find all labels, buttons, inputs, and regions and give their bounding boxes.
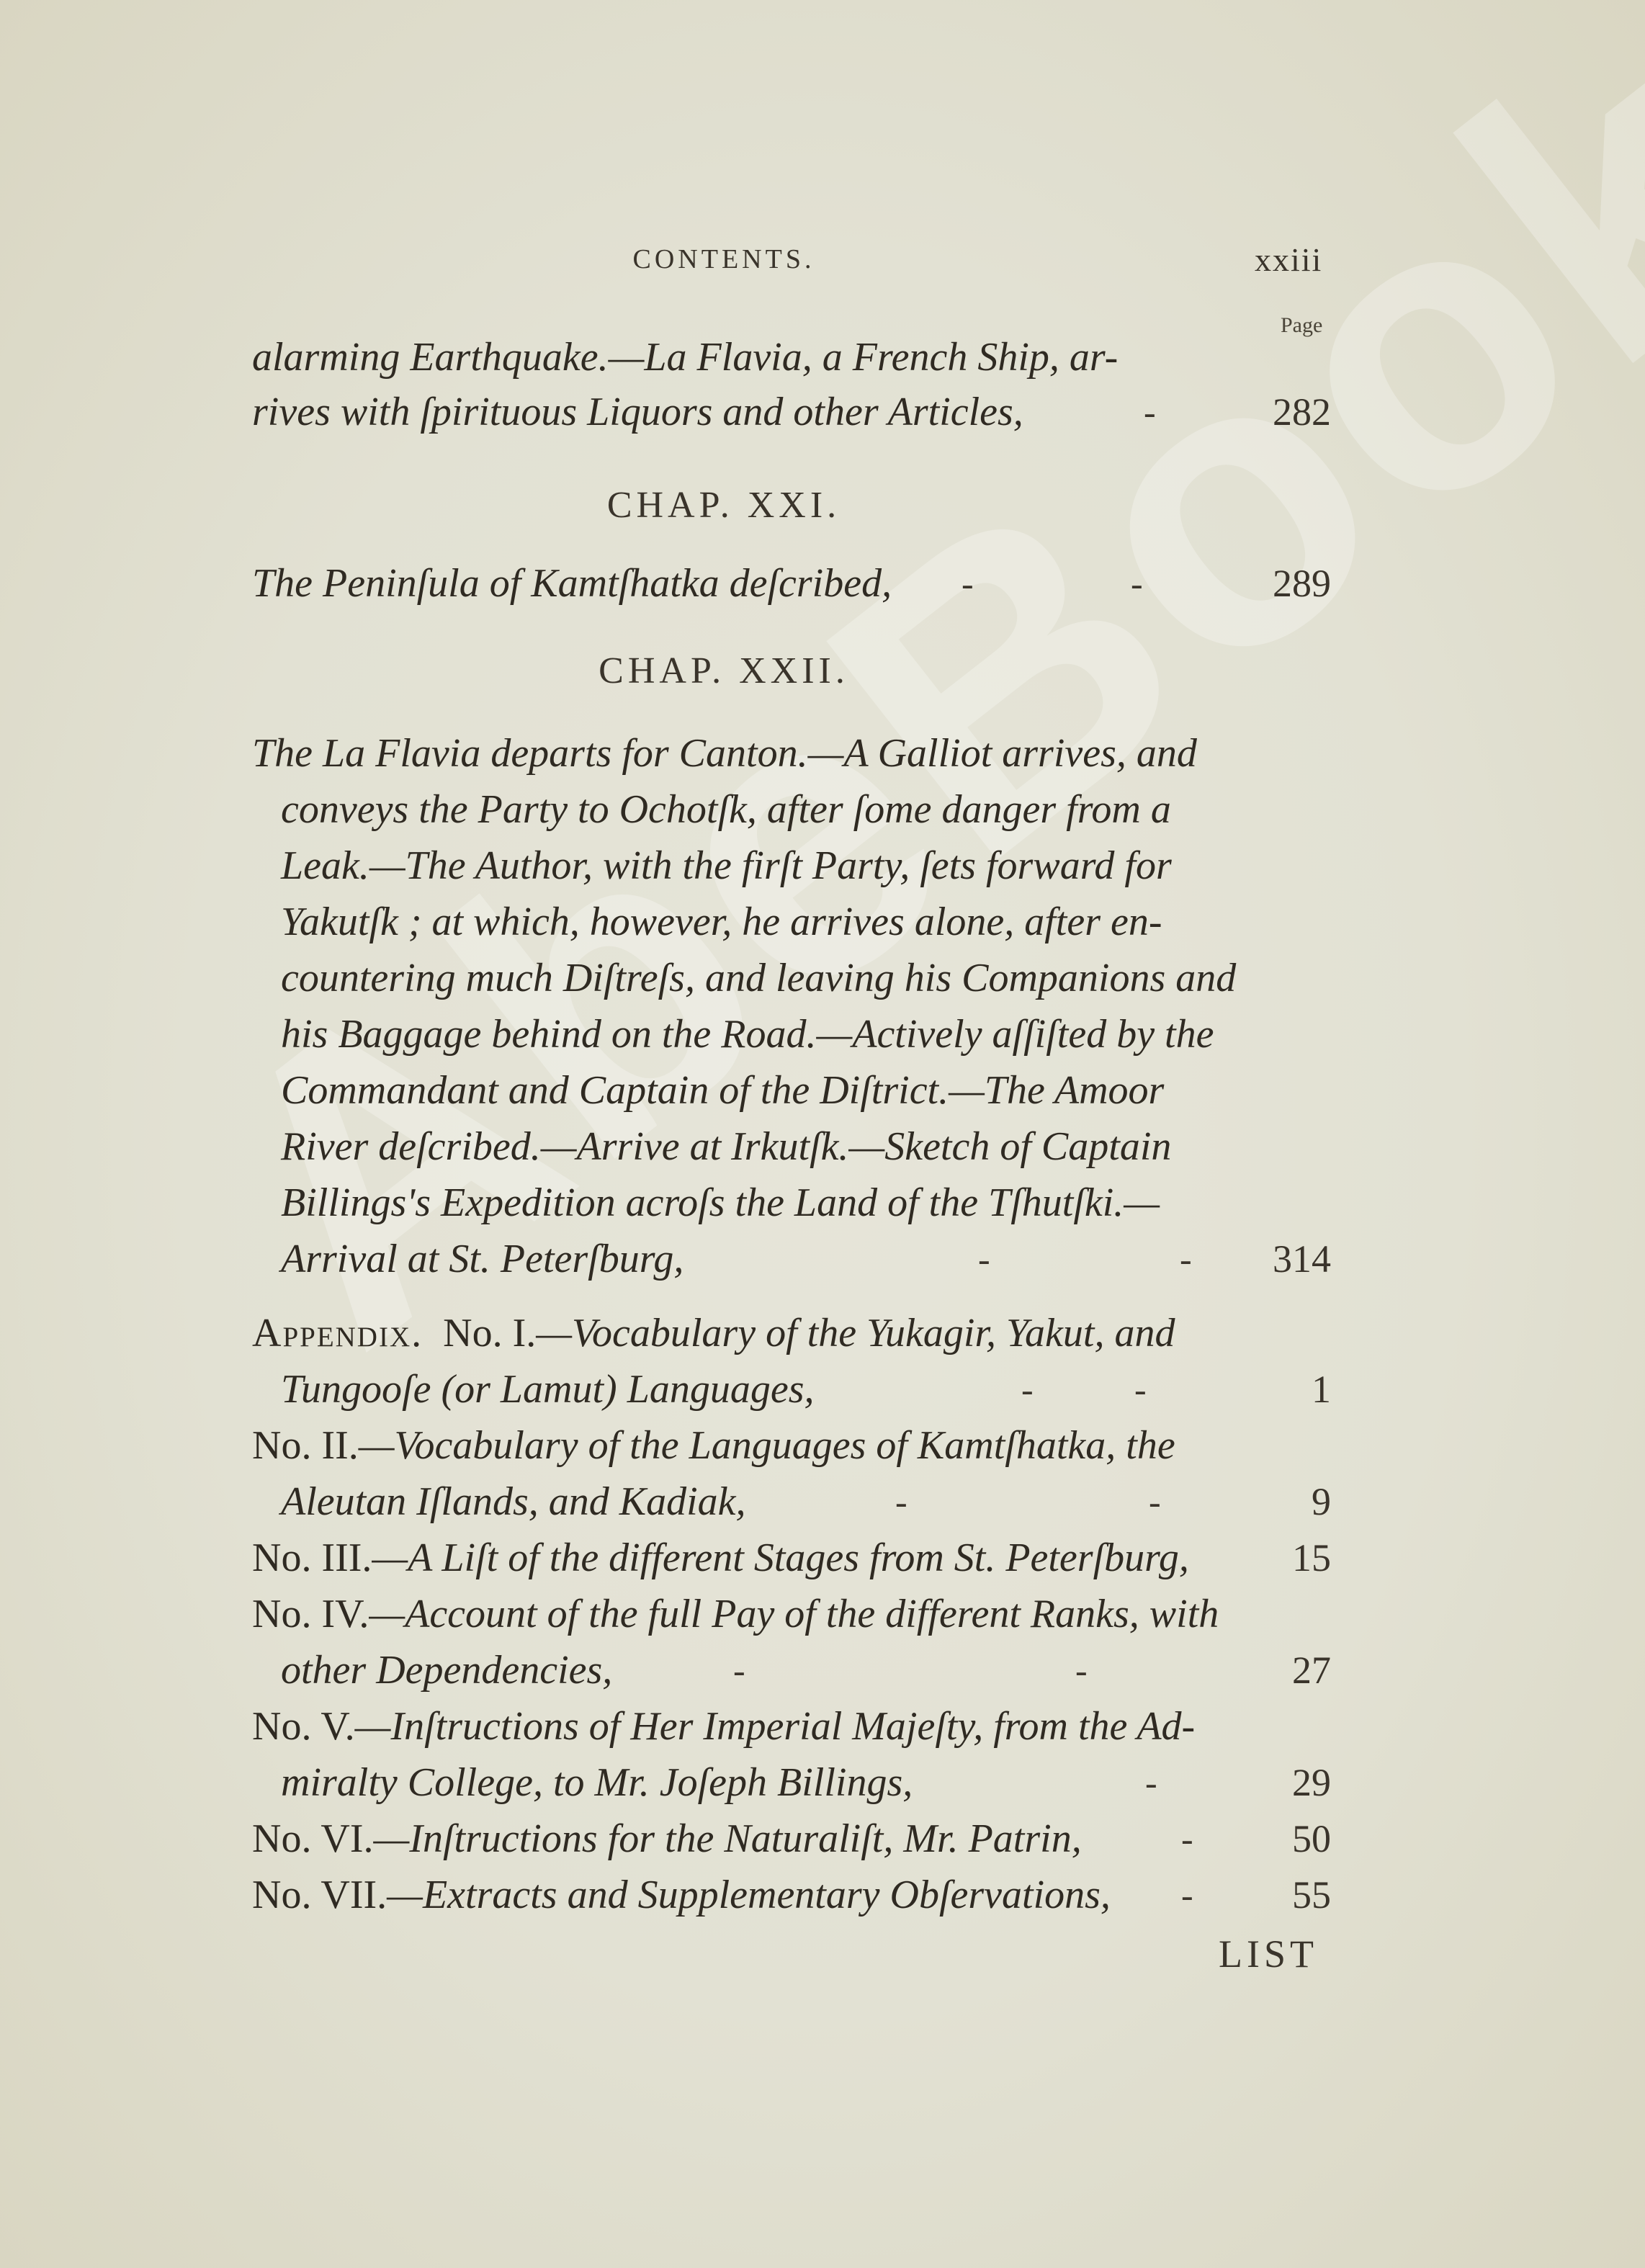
appendix-number: No. VII. [252, 1873, 387, 1917]
appendix-label: Appendix. [252, 1311, 423, 1355]
entry-line: alarming Earthquake.—La Flavia, a French… [252, 329, 1239, 385]
appendix-number: No. I. [443, 1311, 536, 1355]
leader-dash: - [895, 1474, 907, 1530]
entry-title: —Vocabulary of the Yukagir, Yakut, and [536, 1311, 1175, 1355]
entry-line: miralty College, to Mr. Joſeph Billings, [281, 1754, 1239, 1811]
page-reference: 1 [1252, 1361, 1331, 1417]
chapter-heading: CHAP. XXII. [0, 650, 1448, 692]
entry-line: other Dependencies, [281, 1642, 1239, 1698]
entry-line: Aleutan Iſlands, and Kadiak, [281, 1474, 1239, 1530]
leader-dash: - [1144, 384, 1156, 440]
appendix-entry-6: No. VI.—Inſtructions for the Naturaliſt,… [252, 1811, 1239, 1867]
entry-line: Tungooſe (or Lamut) Languages, [281, 1361, 1239, 1417]
leader-dash: - [978, 1231, 990, 1287]
entry-title: —Inſtructions for the Naturaliſt, Mr. Pa… [374, 1816, 1082, 1861]
entry-line: River deſcribed.—Arrive at Irkutſk.—Sket… [281, 1119, 1239, 1175]
entry-line: rives with ſpirituous Liquors and other … [252, 384, 1239, 440]
appendix-number: No. III. [252, 1536, 372, 1580]
entry-title: —Extracts and Supplementary Obſervations… [387, 1873, 1111, 1917]
entry-line: his Baggage behind on the Road.—Actively… [281, 1006, 1239, 1062]
appendix-number: No. IV. [252, 1592, 369, 1636]
leader-dash: - [1181, 1811, 1193, 1867]
leader-dash: - [1145, 1754, 1157, 1811]
appendix-entry-2: No. II.—Vocabulary of the Languages of K… [252, 1417, 1239, 1474]
entry-line: conveys the Party to Ochotſk, after ſome… [281, 781, 1239, 838]
page-number-folio: xxiii [1255, 241, 1322, 279]
leader-dash: - [1181, 1867, 1193, 1923]
entry-line: countering much Diſtreſs, and leaving hi… [281, 950, 1239, 1006]
appendix-entry-1: Appendix. No. I.—Vocabulary of the Yukag… [252, 1305, 1239, 1361]
entry-title: —Vocabulary of the Languages of Kamtſhat… [359, 1423, 1175, 1468]
appendix-entry-5: No. V.—Inſtructions of Her Imperial Maje… [252, 1698, 1239, 1754]
appendix-number: No. VI. [252, 1816, 374, 1861]
leader-dash: - [962, 555, 974, 611]
appendix-entry-7: No. VII.—Extracts and Supplementary Obſe… [252, 1867, 1239, 1923]
chapter-heading: CHAP. XXI. [0, 484, 1448, 526]
appendix-number: No. II. [252, 1423, 359, 1468]
entry-line: Arrival at St. Peterſburg, [281, 1231, 1239, 1287]
page-reference: 55 [1252, 1867, 1331, 1923]
book-page: AbeBooks CONTENTS. xxiii Page alarming E… [0, 0, 1645, 2268]
entry-title: —Account of the full Pay of the differen… [369, 1592, 1219, 1636]
leader-dash: - [1075, 1642, 1088, 1698]
page-column-label: Page [1281, 313, 1322, 338]
entry-line: The Peninſula of Kamtſhatka deſcribed, [252, 555, 1239, 611]
page-reference: 9 [1252, 1474, 1331, 1530]
page-reference: 289 [1252, 555, 1331, 611]
appendix-entry-3: No. III.—A Liſt of the different Stages … [252, 1530, 1239, 1586]
entry-line: Billings's Expedition acroſs the Land of… [281, 1175, 1239, 1231]
entry-line: Leak.—The Author, with the firſt Party, … [281, 838, 1239, 894]
leader-dash: - [1149, 1474, 1161, 1530]
leader-dash: - [1180, 1231, 1192, 1287]
entry-line: The La Flavia departs for Canton.—A Gall… [252, 725, 1239, 781]
leader-dash: - [1021, 1361, 1034, 1417]
page-reference: 282 [1252, 384, 1331, 440]
leader-dash: - [733, 1642, 745, 1698]
running-head: CONTENTS. [0, 243, 1448, 275]
appendix-entry-4: No. IV.—Account of the full Pay of the d… [252, 1586, 1239, 1642]
catchword: LIST [1219, 1932, 1318, 1976]
leader-dash: - [1134, 1361, 1147, 1417]
entry-title: —A Liſt of the different Stages from St.… [372, 1536, 1188, 1580]
appendix-number: No. V. [252, 1704, 355, 1749]
page-reference: 29 [1252, 1754, 1331, 1811]
page-reference: 15 [1252, 1530, 1331, 1586]
entry-line: Yakutſk ; at which, however, he arrives … [281, 894, 1239, 950]
page-reference: 50 [1252, 1811, 1331, 1867]
page-reference: 27 [1252, 1642, 1331, 1698]
page-reference: 314 [1252, 1231, 1331, 1287]
entry-title: —Inſtructions of Her Imperial Majeſty, f… [355, 1704, 1196, 1749]
leader-dash: - [1131, 555, 1143, 611]
entry-line: Commandant and Captain of the Diſtrict.—… [281, 1062, 1239, 1119]
